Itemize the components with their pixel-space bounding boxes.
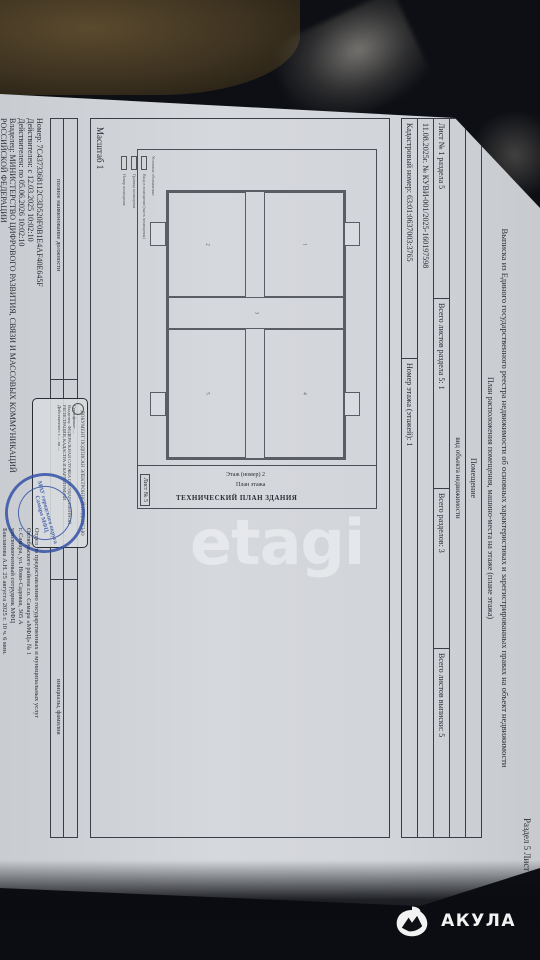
plan-floor-label: План этажа: [236, 482, 265, 488]
room: 4: [264, 329, 344, 458]
sheets-total: Всего листов выписки: 5: [434, 649, 449, 839]
room: 5: [168, 329, 246, 458]
document-subtitle: План расположения помещения, машино-мест…: [486, 128, 495, 868]
floor-number: Номер этажа (этажей): 1: [402, 359, 417, 839]
room-corridor: 3: [168, 297, 344, 329]
floor-plan-frame: 1 2 3 4 5 Условные обозначения: Вход в п…: [90, 118, 390, 838]
table-row: 11.08.2025г. № КУВИ-001/2025-160197598: [417, 118, 433, 838]
plan-floor-sub: Этаж (номер) 2: [226, 472, 265, 478]
object-type-label: вид объекта недвижимости: [450, 119, 465, 837]
sections-total: Всего разделов: 3: [434, 489, 449, 649]
plan-title: ТЕХНИЧЕСКИЙ ПЛАН ЗДАНИЯ: [176, 494, 297, 502]
document-title: Выписка из Единого государственного реес…: [500, 128, 510, 868]
brand-name: АКУЛА: [441, 911, 516, 931]
window-icon: [150, 392, 166, 416]
document-photo: Раздел 5 Лист 5 Выписка из Единого госуд…: [0, 88, 540, 906]
issuer-info: Отдел по предоставлению государственных …: [0, 528, 40, 718]
emblem-icon: [72, 403, 84, 415]
legend-swatch: [121, 156, 127, 170]
cadastral-number: Кадастровый номер: 63:01:0637003:3765: [402, 119, 417, 359]
legend-swatch: [141, 156, 147, 170]
etagi-watermark: etagi: [190, 506, 364, 579]
object-type: Помещение: [466, 119, 481, 837]
egrn-extract-page: Раздел 5 Лист 5 Выписка из Единого госуд…: [0, 98, 540, 898]
floor-plan-drawing: 1 2 3 4 5 Условные обозначения: Вход в п…: [137, 149, 377, 509]
certificate-notes: Номер: 7C4373368112C3D520F0B1E4AF40E645F…: [0, 118, 44, 473]
table-row: вид объекта недвижимости: [449, 118, 465, 838]
table-row: Лист № 1 раздела 5 Всего листов раздела …: [433, 118, 449, 838]
sheet-number: Лист № 1 раздела 5: [434, 119, 449, 299]
room: 2: [168, 192, 246, 297]
floor-plan-rooms: 1 2 3 4 5: [166, 190, 346, 460]
room: 1: [264, 192, 344, 297]
sheets-in-section: Всего листов раздела 5: 1: [434, 299, 449, 489]
plan-sheet-number: Лист № 5: [140, 474, 150, 506]
table-row: Кадастровый номер: 63:01:0637003:3765 Но…: [401, 118, 417, 838]
plan-legend: Условные обозначения: Вход в помещение (…: [117, 156, 156, 239]
initials-label: инициалы, фамилия: [55, 679, 62, 735]
record-id: 11.08.2025г. № КУВИ-001/2025-160197598: [418, 119, 433, 837]
window-icon: [344, 222, 360, 246]
header-table: Помещение вид объекта недвижимости Лист …: [401, 118, 482, 838]
brand-badge: АКУЛА: [395, 904, 516, 938]
plan-title-block: ТЕХНИЧЕСКИЙ ПЛАН ЗДАНИЯ План этажа Этаж …: [138, 465, 376, 508]
scale-label: Масштаб 1: [95, 127, 105, 169]
shark-logo-icon: [395, 904, 429, 938]
legend-swatch: [131, 156, 137, 170]
table-row: Помещение: [465, 118, 482, 838]
background-leather: [0, 0, 300, 95]
position-label: полное наименование должности: [55, 179, 62, 271]
window-icon: [344, 392, 360, 416]
